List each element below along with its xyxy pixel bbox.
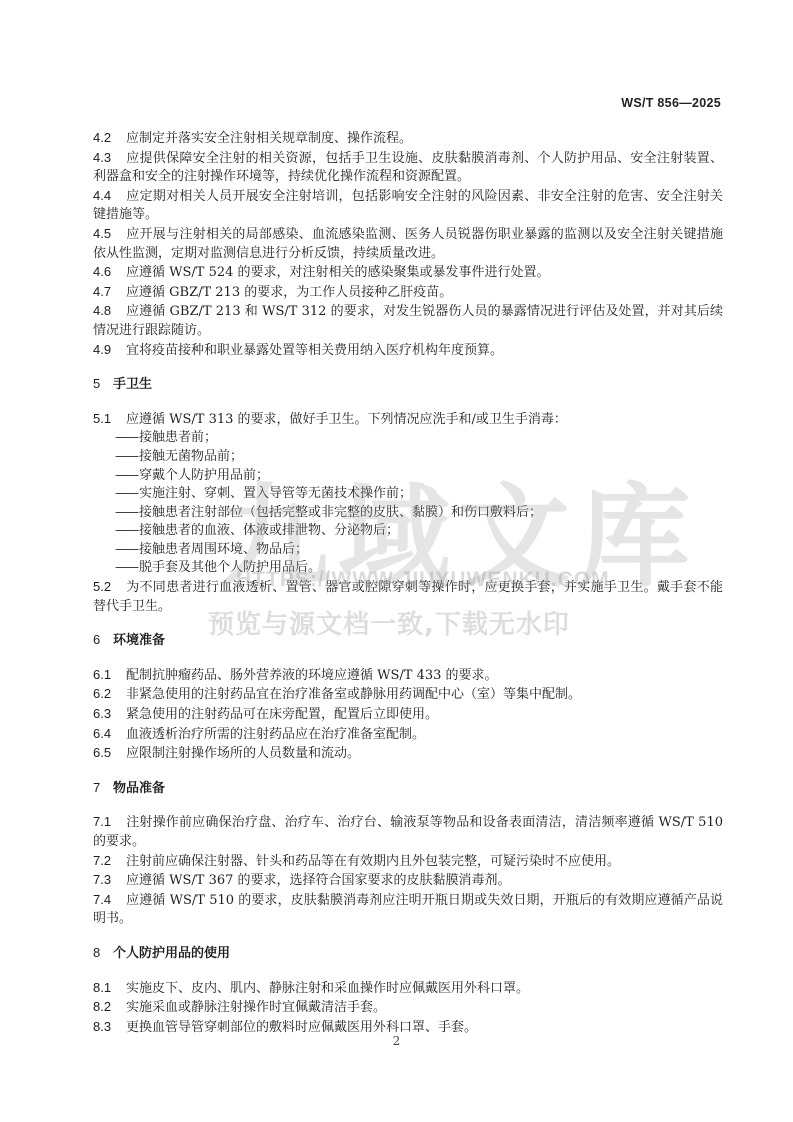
section-heading-7: 7物品准备 bbox=[93, 779, 723, 799]
section-title: 手卫生 bbox=[113, 377, 152, 392]
clause-number: 4.2 bbox=[93, 129, 126, 148]
clause-8-2: 8.2实施采血或静脉注射操作时宜佩戴清洁手套。 bbox=[93, 998, 723, 1018]
clause-4-7: 4.7应遵循 GBZ/T 213 的要求，为工作人员接种乙肝疫苗。 bbox=[93, 283, 723, 303]
document-page: WS/T 856—2025 4.2应制定并落实安全注射相关规章制度、操作流程。 … bbox=[0, 0, 793, 1122]
clause-text: 非紧急使用的注射药品宜在治疗准备室或静脉用药调配中心（室）等集中配制。 bbox=[126, 687, 581, 702]
clause-text: 应提供保障安全注射的相关资源，包括手卫生设施、皮肤黏膜消毒剂、个人防护用品、安全… bbox=[93, 151, 723, 185]
clause-text: 实施采血或静脉注射操作时宜佩戴清洁手套。 bbox=[126, 1000, 386, 1015]
clause-7-4: 7.4应遵循 WS/T 510 的要求，皮肤黏膜消毒剂应注明开瓶日期或失效日期，… bbox=[93, 891, 723, 929]
list-item: ——接触无菌物品前； bbox=[93, 448, 723, 467]
clause-text: 为不同患者进行血液透析、置管、器官或腔隙穿刺等操作时，应更换手套，并实施手卫生。… bbox=[93, 580, 723, 614]
clause-text: 血液透析治疗所需的注射药品应在治疗准备室配制。 bbox=[126, 727, 425, 742]
clause-text: 注射操作前应确保治疗盘、治疗车、治疗台、输液泵等物品和设备表面清洁，清洁频率遵循… bbox=[93, 815, 723, 849]
clause-4-3: 4.3应提供保障安全注射的相关资源，包括手卫生设施、皮肤黏膜消毒剂、个人防护用品… bbox=[93, 149, 723, 187]
clause-text: 应遵循 GBZ/T 213 和 WS/T 312 的要求，对发生锐器伤人员的暴露… bbox=[93, 304, 723, 338]
clause-text: 应遵循 WS/T 524 的要求，对注射相关的感染聚集或暴发事件进行处置。 bbox=[126, 265, 550, 280]
clause-number: 4.7 bbox=[93, 283, 126, 302]
clause-5-1: 5.1应遵循 WS/T 313 的要求，做好手卫生。下列情况应洗手和/或卫生手消… bbox=[93, 410, 723, 430]
clause-number: 6.5 bbox=[93, 744, 126, 763]
section-4-clauses: 4.2应制定并落实安全注射相关规章制度、操作流程。 4.3应提供保障安全注射的相… bbox=[93, 129, 723, 360]
clause-text: 注射前应确保注射器、针头和药品等在有效期内且外包装完整，可疑污染时不应使用。 bbox=[126, 854, 620, 869]
clause-text: 应遵循 GBZ/T 213 的要求，为工作人员接种乙肝疫苗。 bbox=[126, 285, 452, 300]
list-item-text: 穿戴个人防护用品前； bbox=[139, 468, 269, 483]
clause-7-1: 7.1注射操作前应确保治疗盘、治疗车、治疗台、输液泵等物品和设备表面清洁，清洁频… bbox=[93, 813, 723, 851]
section-heading-8: 8个人防护用品的使用 bbox=[93, 944, 723, 964]
dash-marker: —— bbox=[115, 505, 137, 520]
clause-text: 应遵循 WS/T 313 的要求，做好手卫生。下列情况应洗手和/或卫生手消毒： bbox=[126, 412, 567, 427]
clause-number: 4.6 bbox=[93, 263, 126, 282]
clause-6-5: 6.5应限制注射操作场所的人员数量和流动。 bbox=[93, 744, 723, 764]
list-item: ——实施注射、穿刺、置入导管等无菌技术操作前； bbox=[93, 485, 723, 504]
dash-marker: —— bbox=[115, 560, 137, 575]
list-item-text: 接触患者前； bbox=[139, 430, 217, 445]
standard-code: WS/T 856—2025 bbox=[621, 96, 721, 110]
clause-text: 应限制注射操作场所的人员数量和流动。 bbox=[126, 746, 360, 761]
clause-number: 7.4 bbox=[93, 891, 126, 910]
clause-6-3: 6.3紧急使用的注射药品可在床旁配置，配置后立即使用。 bbox=[93, 705, 723, 725]
clause-7-2: 7.2注射前应确保注射器、针头和药品等在有效期内且外包装完整，可疑污染时不应使用… bbox=[93, 852, 723, 872]
clause-number: 6.4 bbox=[93, 725, 126, 744]
dash-marker: —— bbox=[115, 523, 137, 538]
list-item: ——接触患者前； bbox=[93, 429, 723, 448]
dash-marker: —— bbox=[115, 468, 137, 483]
clause-number: 4.9 bbox=[93, 341, 126, 360]
section-title: 物品准备 bbox=[113, 781, 165, 796]
section-number: 5 bbox=[93, 375, 113, 394]
clause-number: 6.1 bbox=[93, 666, 126, 685]
clause-text: 应定期对相关人员开展安全注射培训，包括影响安全注射的风险因素、非安全注射的危害、… bbox=[93, 189, 723, 223]
clause-number: 6.2 bbox=[93, 685, 126, 704]
list-item: ——接触患者的血液、体液或排泄物、分泌物后； bbox=[93, 522, 723, 541]
section-number: 8 bbox=[93, 944, 113, 963]
clause-text: 应制定并落实安全注射相关规章制度、操作流程。 bbox=[126, 131, 412, 146]
clause-6-2: 6.2非紧急使用的注射药品宜在治疗准备室或静脉用药调配中心（室）等集中配制。 bbox=[93, 685, 723, 705]
dash-marker: —— bbox=[115, 430, 137, 445]
clause-number: 4.3 bbox=[93, 149, 126, 168]
clause-6-1: 6.1配制抗肿瘤药品、肠外营养液的环境应遵循 WS/T 433 的要求。 bbox=[93, 666, 723, 686]
list-item: ——脱手套及其他个人防护用品后。 bbox=[93, 559, 723, 578]
section-number: 7 bbox=[93, 779, 113, 798]
clause-number: 7.1 bbox=[93, 813, 126, 832]
clause-text: 配制抗肿瘤药品、肠外营养液的环境应遵循 WS/T 433 的要求。 bbox=[126, 668, 498, 683]
clause-number: 4.4 bbox=[93, 187, 126, 206]
clause-4-8: 4.8应遵循 GBZ/T 213 和 WS/T 312 的要求，对发生锐器伤人员… bbox=[93, 302, 723, 340]
clause-text: 实施皮下、皮内、肌内、静脉注射和采血操作时应佩戴医用外科口罩。 bbox=[126, 981, 529, 996]
list-item-text: 接触患者注射部位（包括完整或非完整的皮肤、黏膜）和伤口敷料后； bbox=[139, 505, 542, 520]
list-item-text: 实施注射、穿刺、置入导管等无菌技术操作前； bbox=[139, 486, 412, 501]
clause-number: 4.8 bbox=[93, 302, 126, 321]
list-item: ——穿戴个人防护用品前； bbox=[93, 467, 723, 486]
clause-text: 紧急使用的注射药品可在床旁配置，配置后立即使用。 bbox=[126, 707, 438, 722]
clause-6-4: 6.4血液透析治疗所需的注射药品应在治疗准备室配制。 bbox=[93, 725, 723, 745]
section-heading-5: 5手卫生 bbox=[93, 375, 723, 395]
list-item-text: 接触患者周围环境、物品后； bbox=[139, 542, 308, 557]
clause-text: 宜将疫苗接种和职业暴露处置等相关费用纳入医疗机构年度预算。 bbox=[126, 343, 503, 358]
clause-number: 7.2 bbox=[93, 852, 126, 871]
clause-text: 更换血管导管穿刺部位的敷料时应佩戴医用外科口罩、手套。 bbox=[126, 1020, 477, 1035]
dash-marker: —— bbox=[115, 486, 137, 501]
clause-5-2: 5.2为不同患者进行血液透析、置管、器官或腔隙穿刺等操作时，应更换手套，并实施手… bbox=[93, 578, 723, 616]
clause-text: 应遵循 WS/T 367 的要求，选择符合国家要求的皮肤黏膜消毒剂。 bbox=[126, 873, 511, 888]
clause-7-3: 7.3应遵循 WS/T 367 的要求，选择符合国家要求的皮肤黏膜消毒剂。 bbox=[93, 871, 723, 891]
clause-8-1: 8.1实施皮下、皮内、肌内、静脉注射和采血操作时应佩戴医用外科口罩。 bbox=[93, 979, 723, 999]
clause-number: 8.2 bbox=[93, 998, 126, 1017]
clause-4-5: 4.5应开展与注射相关的局部感染、血流感染监测、医务人员锐器伤职业暴露的监测以及… bbox=[93, 225, 723, 263]
clause-text: 应开展与注射相关的局部感染、血流感染监测、医务人员锐器伤职业暴露的监测以及安全注… bbox=[93, 227, 723, 261]
clause-number: 7.3 bbox=[93, 871, 126, 890]
list-item: ——接触患者周围环境、物品后； bbox=[93, 541, 723, 560]
section-title: 环境准备 bbox=[113, 633, 165, 648]
clause-number: 6.3 bbox=[93, 705, 126, 724]
document-body: 4.2应制定并落实安全注射相关规章制度、操作流程。 4.3应提供保障安全注射的相… bbox=[93, 129, 723, 1037]
page-number: 2 bbox=[0, 1034, 793, 1048]
clause-number: 5.1 bbox=[93, 410, 126, 429]
clause-number: 5.2 bbox=[93, 578, 126, 597]
list-item-text: 接触患者的血液、体液或排泄物、分泌物后； bbox=[139, 523, 399, 538]
list-item-text: 脱手套及其他个人防护用品后。 bbox=[139, 560, 321, 575]
clause-4-6: 4.6应遵循 WS/T 524 的要求，对注射相关的感染聚集或暴发事件进行处置。 bbox=[93, 263, 723, 283]
hand-hygiene-list: ——接触患者前； ——接触无菌物品前； ——穿戴个人防护用品前； ——实施注射、… bbox=[93, 429, 723, 578]
section-heading-6: 6环境准备 bbox=[93, 631, 723, 651]
clause-number: 4.5 bbox=[93, 225, 126, 244]
clause-4-9: 4.9宜将疫苗接种和职业暴露处置等相关费用纳入医疗机构年度预算。 bbox=[93, 341, 723, 361]
clause-4-2: 4.2应制定并落实安全注射相关规章制度、操作流程。 bbox=[93, 129, 723, 149]
section-title: 个人防护用品的使用 bbox=[113, 946, 230, 961]
clause-4-4: 4.4应定期对相关人员开展安全注射培训，包括影响安全注射的风险因素、非安全注射的… bbox=[93, 187, 723, 225]
list-item: ——接触患者注射部位（包括完整或非完整的皮肤、黏膜）和伤口敷料后； bbox=[93, 504, 723, 523]
dash-marker: —— bbox=[115, 449, 137, 464]
list-item-text: 接触无菌物品前； bbox=[139, 449, 243, 464]
section-number: 6 bbox=[93, 631, 113, 650]
clause-text: 应遵循 WS/T 510 的要求，皮肤黏膜消毒剂应注明开瓶日期或失效日期，开瓶后… bbox=[93, 893, 723, 927]
dash-marker: —— bbox=[115, 542, 137, 557]
clause-number: 8.1 bbox=[93, 979, 126, 998]
